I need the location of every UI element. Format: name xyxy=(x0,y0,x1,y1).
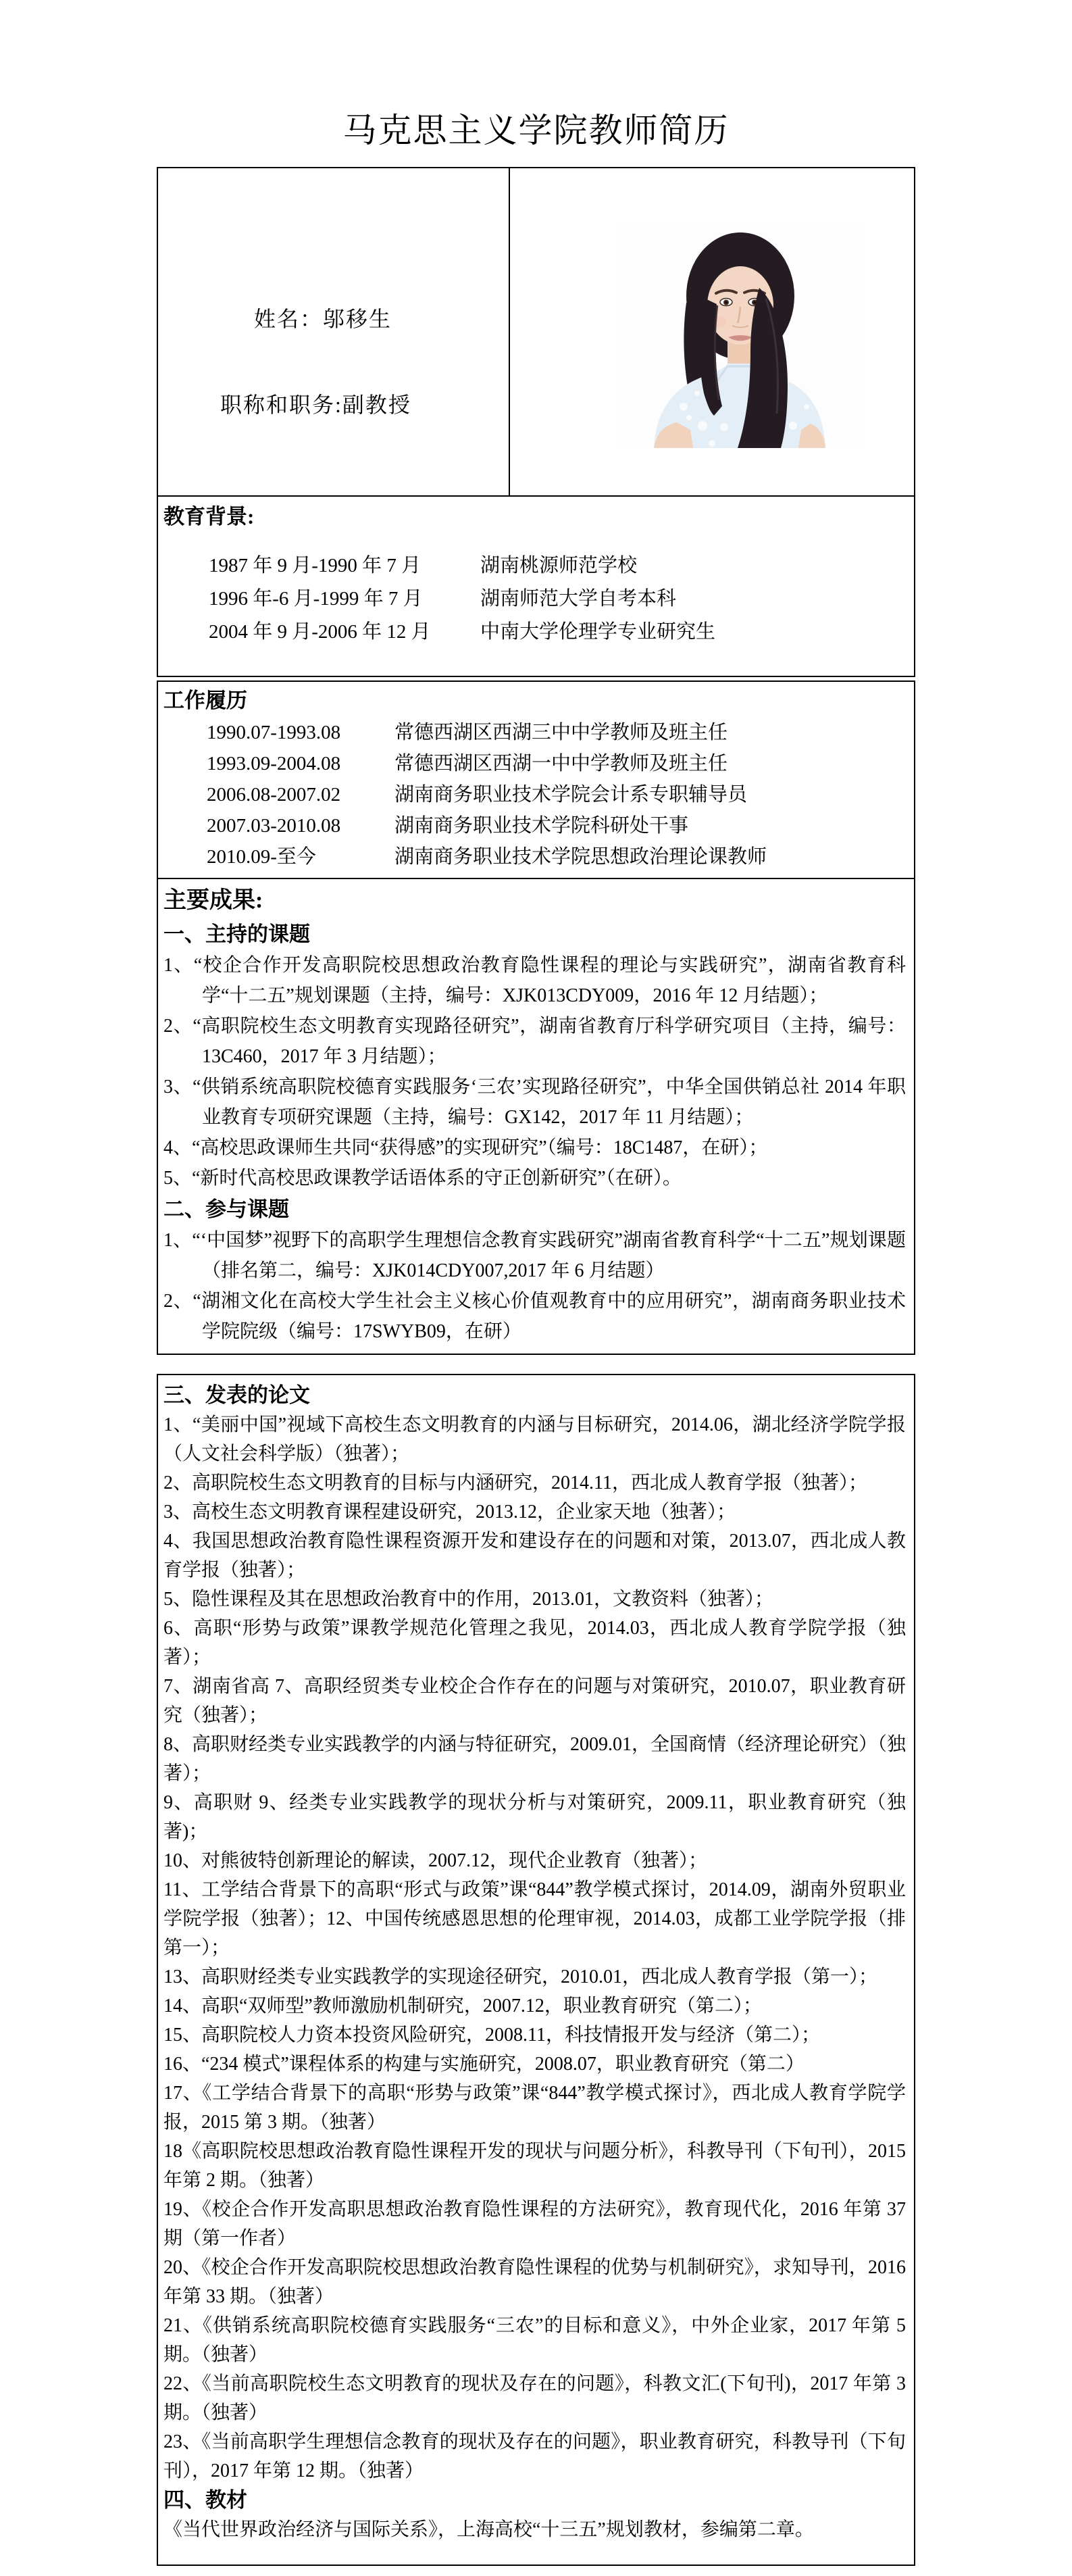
paper-item: 7、湖南省高 7、高职经贸类专业校企合作存在的问题与对策研究，2010.07，职… xyxy=(163,1672,906,1730)
papers-heading: 三、发表的论文 xyxy=(163,1381,906,1410)
photo-cell xyxy=(510,168,914,495)
work-period: 1993.09-2004.08 xyxy=(207,748,394,779)
work-item: 2010.09-至今湖南商务职业技术学院思想政治理论课教师 xyxy=(207,841,907,872)
participated-project-item: 2、“湖湘文化在高校大学生社会主义核心价值观教育中的应用研究”，湖南商务职业技术… xyxy=(163,1286,906,1347)
work-item: 1990.07-1993.08常德西湖区西湖三中中学教师及班主任 xyxy=(207,717,907,748)
paper-item: 23、《当前高职学生理想信念教育的现状及存在的问题》，职业教育研究，科教导刊（下… xyxy=(163,2427,906,2485)
work-period: 2010.09-至今 xyxy=(207,841,394,872)
profile-info-cell: 姓名：邬移生 职称和职务:副教授 xyxy=(158,168,510,495)
work-item: 2006.08-2007.02湖南商务职业技术学院会计系专职辅导员 xyxy=(207,779,907,810)
paper-item: 22、《当前高职院校生态文明教育的现状及存在的问题》，科教文汇(下旬刊)，201… xyxy=(163,2369,906,2427)
work-list: 1990.07-1993.08常德西湖区西湖三中中学教师及班主任 1993.09… xyxy=(163,717,907,872)
resume-page: 马克思主义学院教师简历 姓名：邬移生 职称和职务:副教授 xyxy=(0,0,1072,2576)
education-item: 2004 年 9 月-2006 年 12 月中南大学伦理学专业研究生 xyxy=(209,616,907,649)
page-title: 马克思主义学院教师简历 xyxy=(157,0,915,151)
education-item: 1987 年 9 月-1990 年 7 月湖南桃源师范学校 xyxy=(209,549,907,583)
work-period: 2007.03-2010.08 xyxy=(207,810,394,841)
participated-projects-heading: 二、参与课题 xyxy=(163,1193,906,1225)
name-label: 姓名： xyxy=(254,307,323,331)
paper-item: 21、《供销系统高职院校德育实践服务“三农”的目标和意义》，中外企业家，2017… xyxy=(163,2311,906,2369)
education-period: 1987 年 9 月-1990 年 7 月 xyxy=(209,549,480,583)
paper-item: 19、《校企合作开发高职思想政治教育隐性课程的方法研究》，教育现代化，2016 … xyxy=(163,2195,906,2253)
work-item: 1993.09-2004.08常德西湖区西湖一中中学教师及班主任 xyxy=(207,748,907,779)
hosted-projects-heading: 一、主持的课题 xyxy=(163,918,906,950)
paper-item: 9、高职财 9、经类专业实践教学的现状分析与对策研究，2009.11，职业教育研… xyxy=(163,1788,906,1846)
education-school: 湖南师范大学自考本科 xyxy=(480,588,676,610)
education-item: 1996 年-6 月-1999 年 7 月湖南师范大学自考本科 xyxy=(209,583,907,616)
education-period: 1996 年-6 月-1999 年 7 月 xyxy=(209,583,480,616)
paper-item: 16、“234 模式”课程体系的构建与实施研究，2008.07，职业教育研究（第… xyxy=(163,2050,906,2079)
paper-item: 5、隐性课程及其在思想政治教育中的作用，2013.01，文教资料（独著）； xyxy=(163,1585,906,1614)
paper-item: 8、高职财经类专业实践教学的内涵与特征研究，2009.01，全国商情（经济理论研… xyxy=(163,1730,906,1788)
paper-item: 11、工学结合背景下的高职“形式与政策”课“844”教学模式探讨，2014.09… xyxy=(163,1875,906,1962)
work-period: 1990.07-1993.08 xyxy=(207,717,394,748)
hosted-project-item: 1、“校企合作开发高职院校思想政治教育隐性课程的理论与实践研究”，湖南省教育科学… xyxy=(163,950,906,1011)
paper-item: 10、对熊彼特创新理论的解读，2007.12，现代企业教育（独著）； xyxy=(163,1846,906,1875)
paper-item: 13、高职财经类专业实践教学的实现途径研究，2010.01，西北成人教育学报（第… xyxy=(163,1962,906,1991)
work-achievements-table: 工作履历 1990.07-1993.08常德西湖区西湖三中中学教师及班主任 19… xyxy=(157,680,915,1355)
education-school: 中南大学伦理学专业研究生 xyxy=(480,621,715,643)
education-school: 湖南桃源师范学校 xyxy=(480,555,637,576)
textbook-line: 《当代世界政治经济与国际关系》，上海高校“十三五”规划教材，参编第二章。 xyxy=(163,2515,906,2544)
paper-item: 18《高职院校思想政治教育隐性课程开发的现状与问题分析》，科教导刊（下旬刊），2… xyxy=(163,2137,906,2195)
name-line: 姓名：邬移生 xyxy=(220,302,509,336)
title-value: 副教授 xyxy=(342,393,411,417)
work-role: 常德西湖区西湖一中中学教师及班主任 xyxy=(394,753,728,774)
education-heading: 教育背景: xyxy=(163,502,907,532)
achievements-section: 主要成果: 一、主持的课题 1、“校企合作开发高职院校思想政治教育隐性课程的理论… xyxy=(158,879,914,1354)
title-label: 职称和职务: xyxy=(220,393,342,417)
work-period: 2006.08-2007.02 xyxy=(207,779,394,810)
work-item: 2007.03-2010.08湖南商务职业技术学院科研处干事 xyxy=(207,810,907,841)
papers-table: 三、发表的论文 1、“美丽中国”视域下高校生态文明教育的内涵与目标研究，2014… xyxy=(157,1374,915,2566)
participated-projects-list: 1、“‘中国梦”视野下的高职学生理想信念教育实践研究”湖南省教育科学“十二五”规… xyxy=(163,1225,906,1347)
hosted-projects-list: 1、“校企合作开发高职院校思想政治教育隐性课程的理论与实践研究”，湖南省教育科学… xyxy=(163,950,906,1193)
achievements-heading: 主要成果: xyxy=(163,883,906,918)
participated-project-item: 1、“‘中国梦”视野下的高职学生理想信念教育实践研究”湖南省教育科学“十二五”规… xyxy=(163,1225,906,1286)
education-list: 1987 年 9 月-1990 年 7 月湖南桃源师范学校 1996 年-6 月… xyxy=(163,549,907,649)
resume-content: 马克思主义学院教师简历 姓名：邬移生 职称和职务:副教授 xyxy=(157,0,915,2566)
paper-item: 2、高职院校生态文明教育的目标与内涵研究，2014.11，西北成人教育学报（独著… xyxy=(163,1468,906,1497)
hosted-project-item: 3、“供销系统高职院校德育实践服务‘三农’实现路径研究”，中华全国供销总社 20… xyxy=(163,1072,906,1133)
hosted-project-item: 2、“高职院校生态文明教育实现路径研究”，湖南省教育厅科学研究项目（主持，编号：… xyxy=(163,1011,906,1072)
work-heading: 工作履历 xyxy=(163,686,907,716)
work-role: 湖南商务职业技术学院科研处干事 xyxy=(394,815,688,837)
work-role: 常德西湖区西湖三中中学教师及班主任 xyxy=(394,722,728,743)
work-section: 工作履历 1990.07-1993.08常德西湖区西湖三中中学教师及班主任 19… xyxy=(158,682,914,879)
profile-row: 姓名：邬移生 职称和职务:副教授 xyxy=(158,168,914,497)
paper-item: 20、《校企合作开发高职院校思想政治教育隐性课程的优势与机制研究》，求知导刊，2… xyxy=(163,2253,906,2311)
textbook-heading: 四、教材 xyxy=(163,2485,906,2515)
work-role: 湖南商务职业技术学院会计系专职辅导员 xyxy=(394,784,747,806)
paper-item: 15、高职院校人力资本投资风险研究，2008.11，科技情报开发与经济（第二）； xyxy=(163,2021,906,2050)
paper-item: 1、“美丽中国”视域下高校生态文明教育的内涵与目标研究，2014.06，湖北经济… xyxy=(163,1410,906,1468)
paper-item: 6、高职“形势与政策”课教学规范化管理之我见，2014.03，西北成人教育学院学… xyxy=(163,1614,906,1672)
paper-item: 17、《工学结合背景下的高职“形势与政策”课“844”教学模式探讨》，西北成人教… xyxy=(163,2079,906,2137)
paper-item: 14、高职“双师型”教师激励机制研究，2007.12，职业教育研究（第二）； xyxy=(163,1991,906,2021)
hosted-project-item: 4、“高校思政课师生共同“获得感”的实现研究”（编号：18C1487，在研）； xyxy=(163,1133,906,1163)
paper-item: 4、我国思想政治教育隐性课程资源开发和建设存在的问题和对策，2013.07，西北… xyxy=(163,1527,906,1585)
name-value: 邬移生 xyxy=(323,307,392,331)
education-period: 2004 年 9 月-2006 年 12 月 xyxy=(209,616,480,649)
hosted-project-item: 5、“新时代高校思政课教学话语体系的守正创新研究”（在研）。 xyxy=(163,1163,906,1193)
education-section: 教育背景: 1987 年 9 月-1990 年 7 月湖南桃源师范学校 1996… xyxy=(158,497,914,676)
papers-list: 1、“美丽中国”视域下高校生态文明教育的内涵与目标研究，2014.06，湖北经济… xyxy=(163,1410,906,2485)
title-line: 职称和职务:副教授 xyxy=(220,388,509,422)
teacher-photo xyxy=(616,223,865,448)
paper-item: 3、高校生态文明教育课程建设研究，2013.12，企业家天地（独著）； xyxy=(163,1497,906,1527)
profile-education-table: 姓名：邬移生 职称和职务:副教授 xyxy=(157,167,915,677)
work-role: 湖南商务职业技术学院思想政治理论课教师 xyxy=(394,846,767,868)
